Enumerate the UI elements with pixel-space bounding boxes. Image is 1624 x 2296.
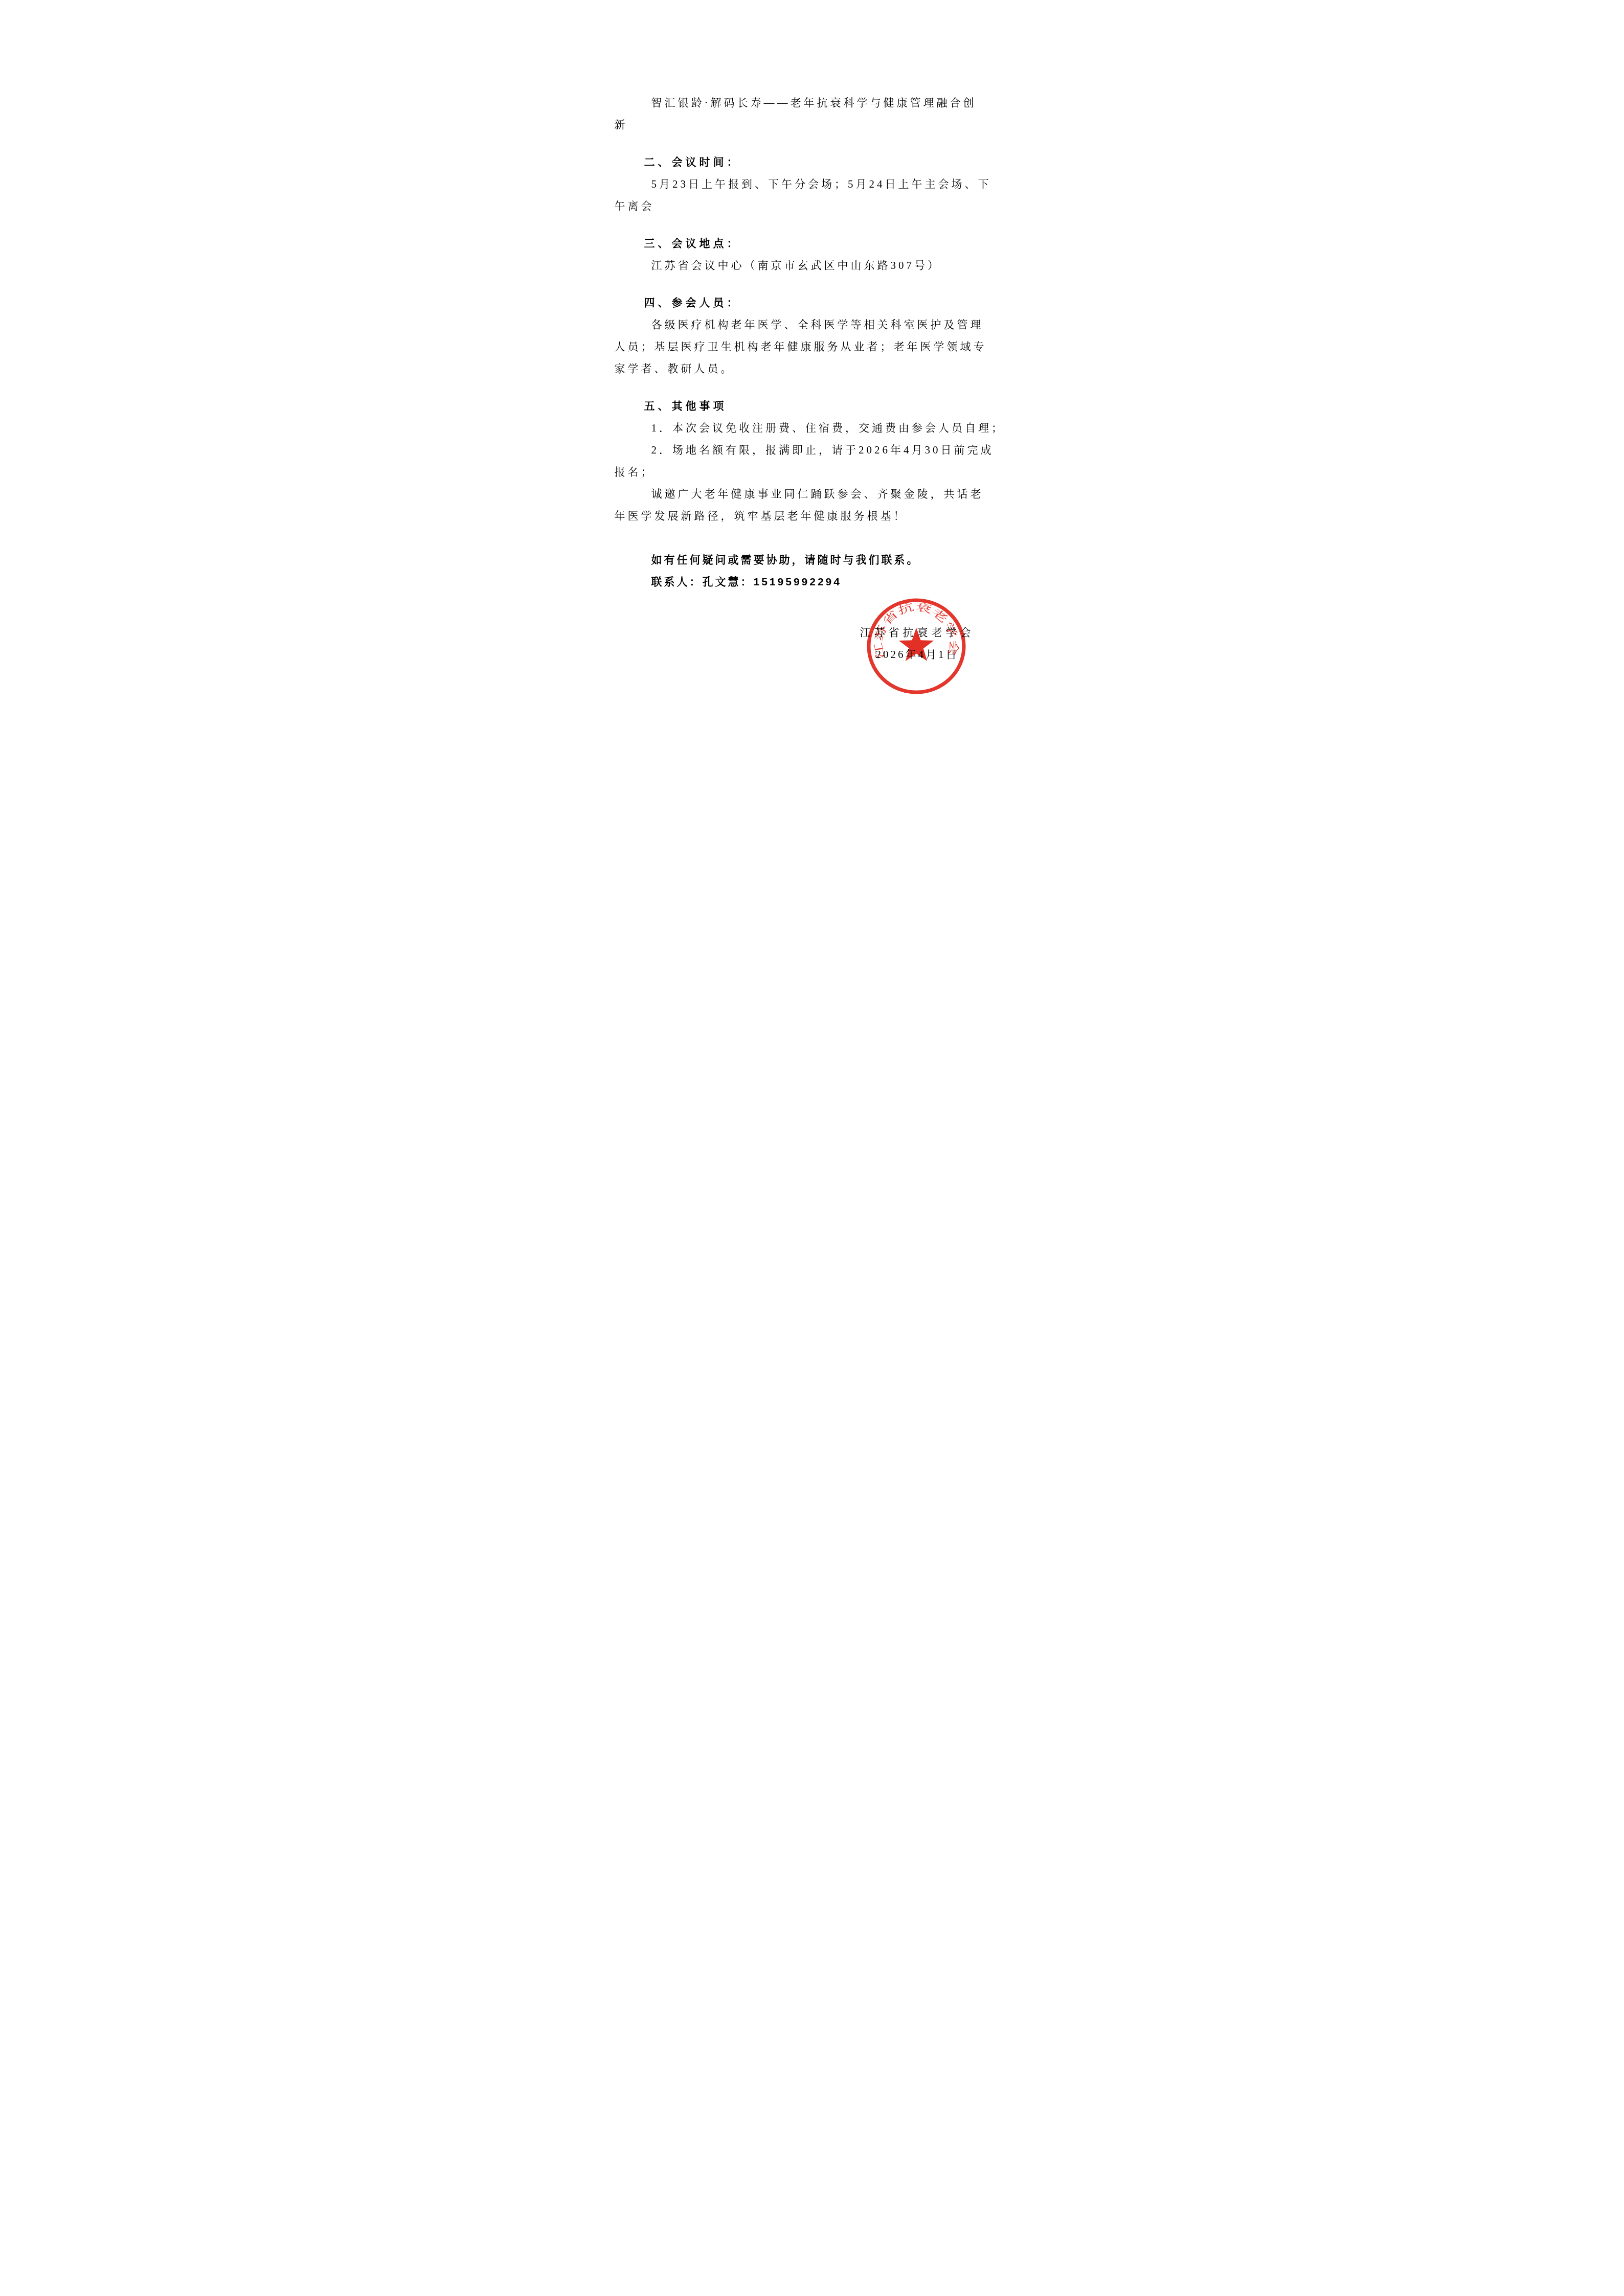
attendees-body-line-3: 家学者、教研人员。 — [615, 358, 1029, 380]
document-page: 智汇银龄·解码长寿——老年抗衰科学与健康管理融合创 新 二、会议时间： 5月23… — [542, 0, 1083, 765]
attendees-body-line-2: 人员；基层医疗卫生机构老年健康服务从业者；老年医学领域专 — [615, 336, 1029, 358]
title-line-1: 智汇银龄·解码长寿——老年抗衰科学与健康管理融合创 — [615, 92, 1029, 114]
title-line-2: 新 — [615, 114, 1029, 136]
closing-line-2: 年医学发展新路径，筑牢基层老年健康服务根基！ — [615, 505, 1029, 527]
other-item-2-line-1: 2．场地名额有限，报满即止，请于2026年4月30日前完成 — [615, 439, 1029, 461]
contact-block: 如有任何疑问或需要协助，请随时与我们联系。 联系人：孔文慧：1519599229… — [615, 549, 1029, 593]
section-heading-time: 二、会议时间： — [615, 151, 1029, 173]
contact-person-line: 联系人：孔文慧：15195992294 — [615, 571, 1029, 593]
attendees-body-line-1: 各级医疗机构老年医学、全科医学等相关科室医护及管理 — [615, 314, 1029, 336]
contact-note-line: 如有任何疑问或需要协助，请随时与我们联系。 — [615, 549, 1029, 571]
other-item-1: 1．本次会议免收注册费、住宿费，交通费由参会人员自理； — [615, 417, 1029, 439]
signature-date: 2026年4月1日 — [856, 644, 979, 666]
other-item-2-line-2: 报名； — [615, 461, 1029, 483]
section-heading-attendees: 四、参会人员： — [615, 292, 1029, 314]
section-heading-other: 五、其他事项 — [615, 395, 1029, 417]
time-body-line-2: 午离会 — [615, 195, 1029, 217]
signature-org: 江苏省抗衰老学会 — [856, 622, 979, 644]
document-body: 智汇银龄·解码长寿——老年抗衰科学与健康管理融合创 新 二、会议时间： 5月23… — [615, 92, 1029, 593]
closing-line-1: 诚邀广大老年健康事业同仁踊跃参会、齐聚金陵，共话老 — [615, 483, 1029, 505]
section-heading-venue: 三、会议地点： — [615, 233, 1029, 255]
venue-body-line: 江苏省会议中心（南京市玄武区中山东路307号） — [615, 255, 1029, 277]
time-body-line-1: 5月23日上午报到、下午分会场；5月24日上午主会场、下 — [615, 173, 1029, 195]
signature-block: 江苏省抗衰老学会 2026年4月1日 — [856, 622, 979, 666]
